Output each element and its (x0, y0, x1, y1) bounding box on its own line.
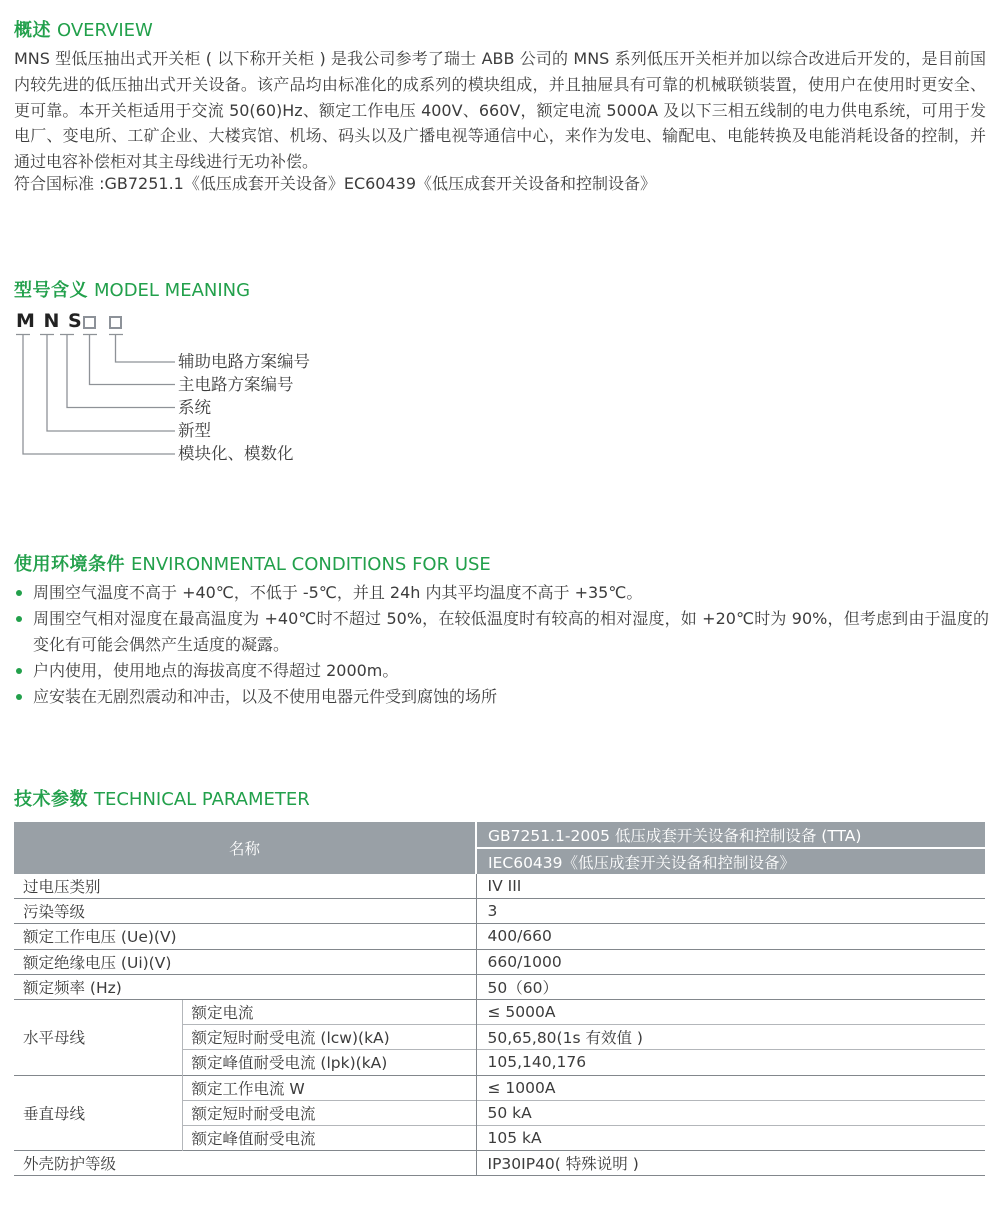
table-header-name: 名称 (14, 822, 476, 874)
model-meaning-heading-zh: 型号含义 (14, 280, 88, 301)
table-row: 额定绝缘电压 (Ui)(V) 660/1000 (14, 949, 985, 974)
model-code-diagram: M N S- 辅助电路方案编号 主电路方案编号 系统 新型 模块化、模数化 (14, 308, 444, 473)
list-item: 应安装在无剧烈震动和冲击，以及不使用电器元件受到腐蚀的场所 (14, 684, 989, 710)
row-label: 额定短时耐受电流 (lcw)(kA) (182, 1025, 476, 1050)
model-label-new-type: 新型 (178, 421, 211, 440)
group-label-horizontal-busbar: 水平母线 (14, 999, 182, 1075)
overview-heading: 概述OVERVIEW (14, 16, 153, 42)
row-value: ≤ 5000A (476, 999, 985, 1024)
row-label: 额定短时耐受电流 (182, 1100, 476, 1125)
row-value: 50,65,80(1s 有效值 ) (476, 1025, 985, 1050)
row-label: 过电压类别 (14, 874, 476, 899)
row-value: IP30IP40( 特殊说明 ) (476, 1151, 985, 1176)
model-meaning-heading: 型号含义MODEL MEANING (14, 276, 250, 302)
model-placeholder-box (109, 316, 122, 329)
row-value: 105,140,176 (476, 1050, 985, 1075)
row-value: 105 kA (476, 1125, 985, 1150)
environment-heading-zh: 使用环境条件 (14, 554, 125, 575)
table-row: 污染等级 3 (14, 899, 985, 924)
overview-standards-line: 符合国标准 :GB7251.1《低压成套开关设备》EC60439《低压成套开关设… (14, 172, 986, 196)
row-value: IV III (476, 874, 985, 899)
model-label-modular: 模块化、模数化 (178, 444, 294, 463)
row-label: 额定工作电流 W (182, 1075, 476, 1100)
row-label: 额定绝缘电压 (Ui)(V) (14, 949, 476, 974)
bullet-icon (16, 590, 22, 596)
technical-heading: 技术参数TECHNICAL PARAMETER (14, 785, 310, 811)
model-label-main-circuit: 主电路方案编号 (178, 375, 294, 394)
bullet-icon (16, 616, 22, 622)
bullet-text: 周围空气相对湿度在最高温度为 +40℃时不超过 50%，在较低温度时有较高的相对… (33, 609, 989, 654)
row-label: 额定工作电压 (Ue)(V) (14, 924, 476, 949)
technical-heading-zh: 技术参数 (14, 789, 88, 810)
row-label: 额定电流 (182, 999, 476, 1024)
bullet-icon (16, 668, 22, 674)
bullet-text: 周围空气温度不高于 +40℃，不低于 -5℃，并且 24h 内其平均温度不高于 … (33, 583, 642, 602)
list-item: 户内使用，使用地点的海拔高度不得超过 2000m。 (14, 658, 989, 684)
row-value: ≤ 1000A (476, 1075, 985, 1100)
row-label: 额定峰值耐受电流 (182, 1125, 476, 1150)
row-label: 额定峰值耐受电流 (lpk)(kA) (182, 1050, 476, 1075)
overview-heading-zh: 概述 (14, 20, 51, 41)
row-value: 50 kA (476, 1100, 985, 1125)
catalog-page: 概述OVERVIEW MNS 型低压抽出式开关柜 ( 以下称开关柜 ) 是我公司… (0, 0, 1000, 1211)
environment-heading-en: ENVIRONMENTAL CONDITIONS FOR USE (131, 554, 491, 575)
model-label-aux-circuit: 辅助电路方案编号 (178, 352, 310, 371)
row-label: 额定频率 (Hz) (14, 974, 476, 999)
bullet-icon (16, 694, 22, 700)
model-meaning-heading-en: MODEL MEANING (94, 280, 250, 301)
row-label: 污染等级 (14, 899, 476, 924)
table-row: 外壳防护等级 IP30IP40( 特殊说明 ) (14, 1151, 985, 1176)
table-row: 水平母线 额定电流 ≤ 5000A (14, 999, 985, 1024)
table-header-standard-iec: IEC60439《低压成套开关设备和控制设备》 (476, 848, 985, 874)
model-code-text: M N S- (16, 310, 92, 332)
row-value: 660/1000 (476, 949, 985, 974)
row-value: 400/660 (476, 924, 985, 949)
table-row: 垂直母线 额定工作电流 W ≤ 1000A (14, 1075, 985, 1100)
model-placeholder-box (83, 316, 96, 329)
row-value: 50（60） (476, 974, 985, 999)
environment-heading: 使用环境条件ENVIRONMENTAL CONDITIONS FOR USE (14, 550, 491, 576)
bullet-text: 户内使用，使用地点的海拔高度不得超过 2000m。 (33, 661, 398, 680)
overview-paragraph: MNS 型低压抽出式开关柜 ( 以下称开关柜 ) 是我公司参考了瑞士 ABB 公… (14, 46, 986, 175)
model-label-system: 系统 (178, 398, 211, 417)
table-header-standard-gb: GB7251.1-2005 低压成套开关设备和控制设备 (TTA) (476, 822, 985, 848)
list-item: 周围空气相对湿度在最高温度为 +40℃时不超过 50%，在较低温度时有较高的相对… (14, 606, 989, 658)
environment-bullet-list: 周围空气温度不高于 +40℃，不低于 -5℃，并且 24h 内其平均温度不高于 … (14, 580, 989, 710)
table-row: 过电压类别 IV III (14, 874, 985, 899)
table-row: 额定工作电压 (Ue)(V) 400/660 (14, 924, 985, 949)
bullet-text: 应安装在无剧烈震动和冲击，以及不使用电器元件受到腐蚀的场所 (33, 687, 497, 706)
technical-parameter-table: 名称 GB7251.1-2005 低压成套开关设备和控制设备 (TTA) IEC… (14, 822, 985, 1176)
row-label: 外壳防护等级 (14, 1151, 476, 1176)
technical-heading-en: TECHNICAL PARAMETER (94, 789, 310, 810)
table-row: 额定频率 (Hz) 50（60） (14, 974, 985, 999)
overview-heading-en: OVERVIEW (57, 20, 153, 41)
row-value: 3 (476, 899, 985, 924)
list-item: 周围空气温度不高于 +40℃，不低于 -5℃，并且 24h 内其平均温度不高于 … (14, 580, 989, 606)
group-label-vertical-busbar: 垂直母线 (14, 1075, 182, 1151)
